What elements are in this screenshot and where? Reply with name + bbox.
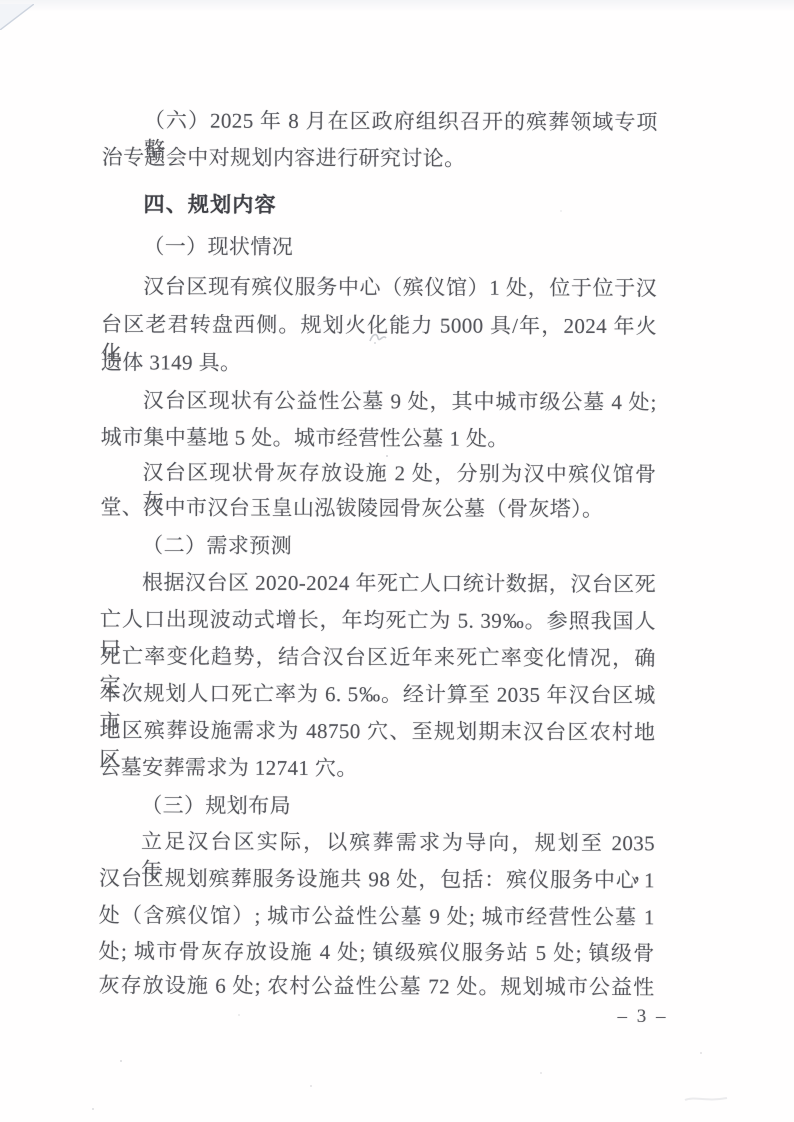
- subsection-heading: （一）现状情况: [101, 232, 657, 263]
- text-line: 城市集中墓地 5 处。城市经营性公墓 1 处。: [101, 423, 657, 454]
- subsection-heading: （二）需求预测: [100, 531, 656, 562]
- text-line: 汉台区规划殡葬服务设施共 98 处，包括：殡仪服务中心 1: [99, 864, 655, 895]
- text-line: 堂、汉中市汉台玉皇山泓钹陵园骨灰公墓（骨灰塔）。: [100, 493, 656, 524]
- text-block: （六）2025 年 8 月在区政府组织召开的殡葬领域专项整治专题会中对规划内容进…: [0, 0, 794, 1122]
- section-heading: 四、规划内容: [101, 190, 657, 221]
- text-line: 处; 城市骨灰存放设施 4 处; 镇级殡仪服务站 5 处; 镇级骨: [99, 937, 655, 968]
- text-line: 根据汉台区 2020-2024 年死亡人口统计数据，汉台区死: [100, 568, 656, 599]
- text-line: 汉台区现有殡仪服务中心（殡仪馆）1 处，位于位于汉: [101, 272, 657, 303]
- text-line: 灰存放设施 6 处; 农村公益性公墓 72 处。规划城市公益性: [98, 971, 654, 1002]
- footer-page-number: – 3 –: [102, 1006, 668, 1028]
- subsection-heading: （三）规划布局: [99, 791, 655, 822]
- text-line: 汉台区现状有公益性公墓 9 处，其中城市级公墓 4 处;: [101, 386, 657, 417]
- text-line: 处（含殡仪馆）; 城市公益性公墓 9 处; 城市经营性公墓 1: [99, 901, 655, 932]
- text-line: 治专题会中对规划内容进行研究讨论。: [102, 143, 658, 174]
- text-line: 遗体 3149 具。: [101, 348, 657, 379]
- document-page: （六）2025 年 8 月在区政府组织召开的殡葬领域专项整治专题会中对规划内容进…: [0, 0, 794, 1122]
- text-line: 公墓安葬需求为 12741 穴。: [99, 753, 655, 784]
